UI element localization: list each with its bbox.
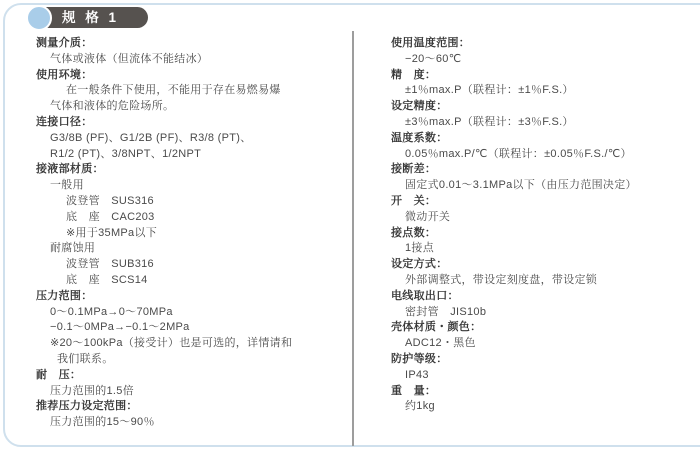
spec-item: 精 度：±1％max.P（联程计：±1％F.S.） bbox=[391, 68, 691, 100]
spec-value-line: 耐腐蚀用 bbox=[36, 241, 346, 257]
spec-label: 防护等级： bbox=[391, 352, 691, 368]
spec-label: 使用环境： bbox=[36, 68, 346, 84]
spec-value-line: 约1kg bbox=[391, 399, 691, 415]
spec-label: 精 度： bbox=[391, 68, 691, 84]
spec-label: 接点数： bbox=[391, 226, 691, 242]
spec-label: 连接口径： bbox=[36, 115, 346, 131]
spec-value-line: 底 座 CAC203 bbox=[36, 210, 346, 226]
spec-item: 推荐压力设定范围：压力范围的15～90％ bbox=[36, 399, 346, 431]
spec-item: 使用环境：在一般条件下使用，不能用于存在易燃易爆气体和液体的危险场所。 bbox=[36, 68, 346, 115]
spec-label: 设定方式： bbox=[391, 257, 691, 273]
spec-item: 重 量：约1kg bbox=[391, 384, 691, 416]
spec-column-left: 测量介质：气体或液体（但流体不能结冰）使用环境：在一般条件下使用，不能用于存在易… bbox=[36, 36, 346, 431]
spec-value-line: ※用于35MPa以下 bbox=[36, 226, 346, 242]
section-title-pill: 规 格 1 bbox=[36, 7, 148, 28]
spec-item: 防护等级：IP43 bbox=[391, 352, 691, 384]
circle-bullet-icon bbox=[26, 5, 52, 31]
spec-value-line: 一般用 bbox=[36, 178, 346, 194]
spec-value-line: 固定式0.01～3.1MPa以下（由压力范围决定） bbox=[391, 178, 691, 194]
spec-item: 设定精度：±3％max.P（联程计：±3％F.S.） bbox=[391, 99, 691, 131]
spec-item: 测量介质：气体或液体（但流体不能结冰） bbox=[36, 36, 346, 68]
spec-value-line: 外部调整式，带设定刻度盘，带设定锁 bbox=[391, 273, 691, 289]
spec-item: 连接口径：G3/8B (PF)、G1/2B (PF)、R3/8 (PT)、R1/… bbox=[36, 115, 346, 162]
spec-value-line: ±1％max.P（联程计：±1％F.S.） bbox=[391, 83, 691, 99]
spec-value-line: 压力范围的1.5倍 bbox=[36, 384, 346, 400]
spec-label: 接断差： bbox=[391, 162, 691, 178]
spec-value-line: ※20～100kPa（接受计）也是可选的，详情请和 bbox=[36, 336, 346, 352]
spec-value-line: 在一般条件下使用，不能用于存在易燃易爆 bbox=[36, 83, 346, 99]
spec-value-line: G3/8B (PF)、G1/2B (PF)、R3/8 (PT)、 bbox=[36, 131, 346, 147]
spec-value-line: 底 座 SCS14 bbox=[36, 273, 346, 289]
spec-column-right: 使用温度范围：−20～60℃精 度：±1％max.P（联程计：±1％F.S.）设… bbox=[391, 36, 691, 415]
spec-value-line: 波登管 SUB316 bbox=[36, 257, 346, 273]
spec-value-line: 波登管 SUS316 bbox=[36, 194, 346, 210]
spec-label: 使用温度范围： bbox=[391, 36, 691, 52]
spec-value-line: 我们联系。 bbox=[36, 352, 346, 368]
spec-item: 接液部材质：一般用波登管 SUS316底 座 CAC203※用于35MPa以下耐… bbox=[36, 162, 346, 288]
spec-value-line: ADC12・黑色 bbox=[391, 336, 691, 352]
spec-label: 壳体材质・颜色： bbox=[391, 320, 691, 336]
spec-item: 使用温度范围：−20～60℃ bbox=[391, 36, 691, 68]
spec-value-line: R1/2 (PT)、3/8NPT、1/2NPT bbox=[36, 147, 346, 163]
spec-label: 压力范围： bbox=[36, 289, 346, 305]
spec-label: 接液部材质： bbox=[36, 162, 346, 178]
spec-item: 温度系数：0.05％max.P/℃（联程计：±0.05％F.S./℃） bbox=[391, 131, 691, 163]
spec-item: 设定方式：外部调整式，带设定刻度盘，带设定锁 bbox=[391, 257, 691, 289]
spec-label: 耐 压： bbox=[36, 368, 346, 384]
spec-value-line: 微动开关 bbox=[391, 210, 691, 226]
spec-value-line: 密封管 JIS10b bbox=[391, 305, 691, 321]
spec-value-line: 压力范围的15～90％ bbox=[36, 415, 346, 431]
spec-label: 设定精度： bbox=[391, 99, 691, 115]
spec-value-line: 气体和液体的危险场所。 bbox=[36, 99, 346, 115]
spec-item: 耐 压：压力范围的1.5倍 bbox=[36, 368, 346, 400]
column-divider bbox=[352, 31, 354, 446]
spec-label: 开 关： bbox=[391, 194, 691, 210]
spec-label: 温度系数： bbox=[391, 131, 691, 147]
spec-label: 测量介质： bbox=[36, 36, 346, 52]
spec-label: 推荐压力设定范围： bbox=[36, 399, 346, 415]
spec-value-line: −20～60℃ bbox=[391, 52, 691, 68]
spec-item: 壳体材质・颜色：ADC12・黑色 bbox=[391, 320, 691, 352]
spec-label: 电线取出口： bbox=[391, 289, 691, 305]
spec-item: 接点数：1接点 bbox=[391, 226, 691, 258]
spec-item: 接断差：固定式0.01～3.1MPa以下（由压力范围决定） bbox=[391, 162, 691, 194]
spec-value-line: −0.1～0MPa→−0.1～2MPa bbox=[36, 320, 346, 336]
spec-value-line: IP43 bbox=[391, 368, 691, 384]
spec-label: 重 量： bbox=[391, 384, 691, 400]
section-title: 规 格 1 bbox=[62, 10, 119, 25]
spec-value-line: 1接点 bbox=[391, 241, 691, 257]
spec-item: 电线取出口：密封管 JIS10b bbox=[391, 289, 691, 321]
spec-value-line: 0.05％max.P/℃（联程计：±0.05％F.S./℃） bbox=[391, 147, 691, 163]
spec-item: 压力范围：0～0.1MPa→0～70MPa−0.1～0MPa→−0.1～2MPa… bbox=[36, 289, 346, 368]
spec-value-line: 0～0.1MPa→0～70MPa bbox=[36, 305, 346, 321]
spec-value-line: 气体或液体（但流体不能结冰） bbox=[36, 52, 346, 68]
spec-value-line: ±3％max.P（联程计：±3％F.S.） bbox=[391, 115, 691, 131]
spec-item: 开 关：微动开关 bbox=[391, 194, 691, 226]
section-header-badge: 规 格 1 bbox=[0, 0, 260, 34]
